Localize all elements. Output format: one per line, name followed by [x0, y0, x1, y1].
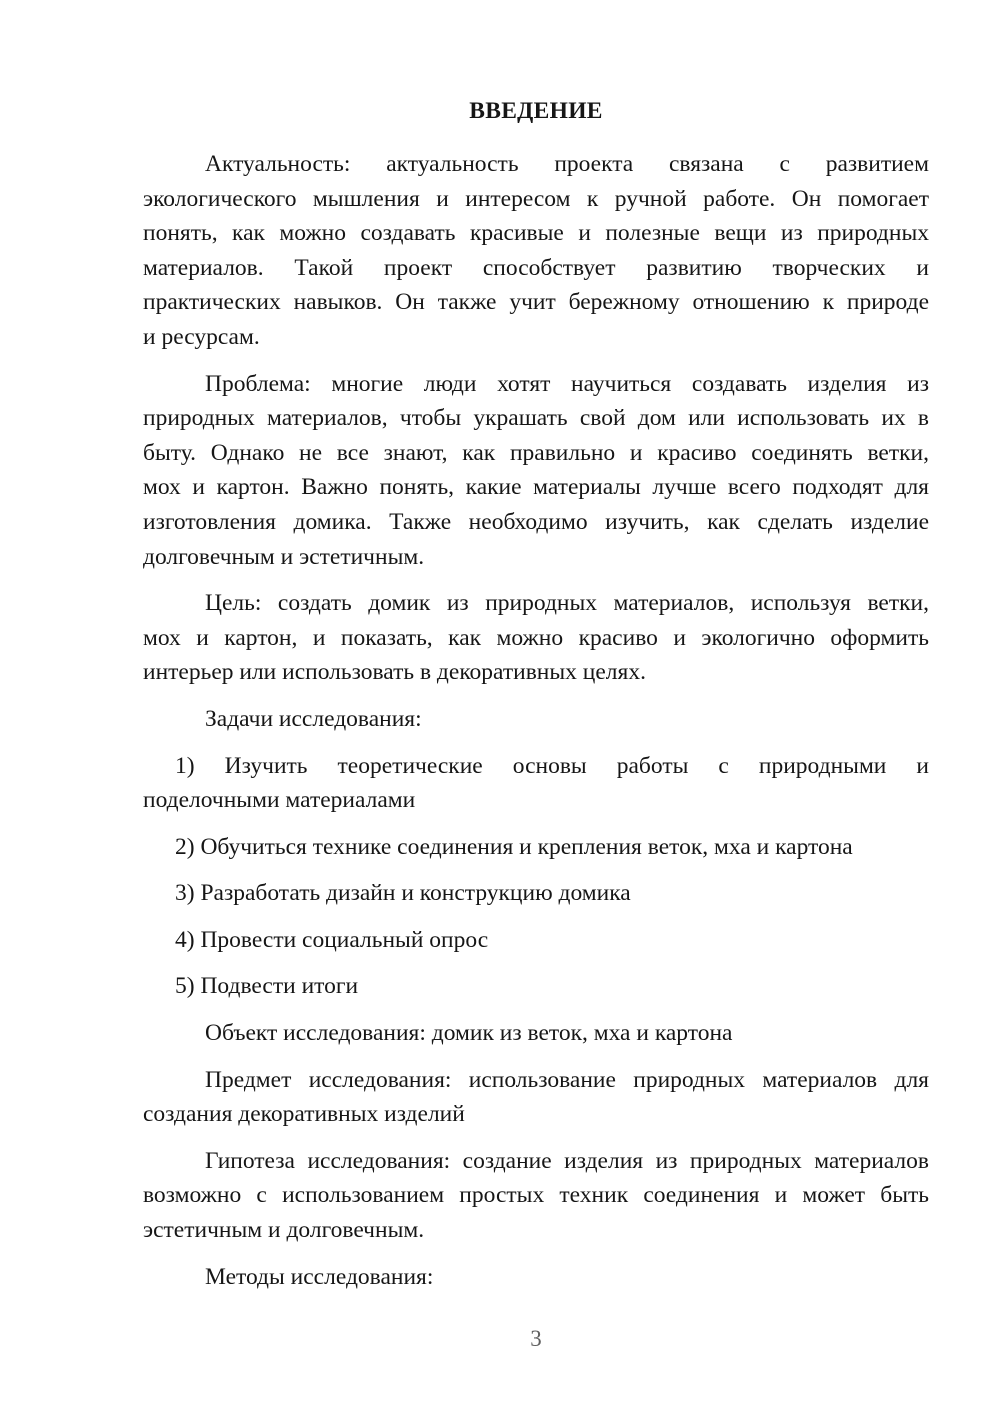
text-line: понять, как можно создавать красивые и п… — [143, 216, 929, 251]
task-item-1: 1) Изучить теоретические основы работы с… — [143, 749, 929, 818]
methods-heading: Методы исследования: — [143, 1260, 929, 1295]
task-item-3: 3) Разработать дизайн и конструкцию доми… — [143, 876, 929, 911]
paragraph-hypothesis: Гипотеза исследования: создание изделия … — [143, 1144, 929, 1248]
tasks-heading: Задачи исследования: — [143, 702, 929, 737]
text-line: практических навыков. Он также учит бере… — [143, 285, 929, 320]
text-line: изготовления домика. Также необходимо из… — [143, 505, 929, 540]
paragraph-problem: Проблема: многие люди хотят научиться со… — [143, 367, 929, 575]
text-line: создания декоративных изделий — [143, 1097, 929, 1132]
text-line: Гипотеза исследования: создание изделия … — [143, 1144, 929, 1179]
text-line: Актуальность: актуальность проекта связа… — [143, 147, 929, 182]
text-line: 3) Разработать дизайн и конструкцию доми… — [143, 876, 929, 911]
text-line: долговечным и эстетичным. — [143, 540, 929, 575]
text-line: материалов. Такой проект способствует ра… — [143, 251, 929, 286]
text-line: Методы исследования: — [143, 1260, 929, 1295]
page-title: ВВЕДЕНИЕ — [143, 97, 929, 125]
text-line: 1) Изучить теоретические основы работы с… — [143, 749, 929, 784]
text-line: поделочными материалами — [143, 783, 929, 818]
page-number: 3 — [143, 1324, 929, 1354]
text-line: природных материалов, чтобы украшать сво… — [143, 401, 929, 436]
text-line: интерьер или использовать в декоративных… — [143, 655, 929, 690]
text-line: и ресурсам. — [143, 320, 929, 355]
text-line: 5) Подвести итоги — [143, 969, 929, 1004]
text-line: экологического мышления и интересом к ру… — [143, 182, 929, 217]
document-page: ВВЕДЕНИЕ Актуальность: актуальность прое… — [0, 0, 1000, 1414]
task-item-5: 5) Подвести итоги — [143, 969, 929, 1004]
text-line: Предмет исследования: использование прир… — [143, 1063, 929, 1098]
text-line: Цель: создать домик из природных материа… — [143, 586, 929, 621]
text-line: 4) Провести социальный опрос — [143, 923, 929, 958]
text-line: быту. Однако не все знают, как правильно… — [143, 436, 929, 471]
text-line: Объект исследования: домик из веток, мха… — [143, 1016, 929, 1051]
paragraph-subject: Предмет исследования: использование прир… — [143, 1063, 929, 1132]
text-line: Задачи исследования: — [143, 702, 929, 737]
paragraph-relevance: Актуальность: актуальность проекта связа… — [143, 147, 929, 355]
paragraph-object: Объект исследования: домик из веток, мха… — [143, 1016, 929, 1051]
text-line: Проблема: многие люди хотят научиться со… — [143, 367, 929, 402]
text-line: мох и картон, и показать, как можно крас… — [143, 621, 929, 656]
task-item-2: 2) Обучиться технике соединения и крепле… — [143, 830, 929, 865]
text-line: эстетичным и долговечным. — [143, 1213, 929, 1248]
text-line: мох и картон. Важно понять, какие матери… — [143, 470, 929, 505]
task-item-4: 4) Провести социальный опрос — [143, 923, 929, 958]
text-line: 2) Обучиться технике соединения и крепле… — [143, 830, 929, 865]
text-line: возможно с использованием простых техник… — [143, 1178, 929, 1213]
paragraph-goal: Цель: создать домик из природных материа… — [143, 586, 929, 690]
